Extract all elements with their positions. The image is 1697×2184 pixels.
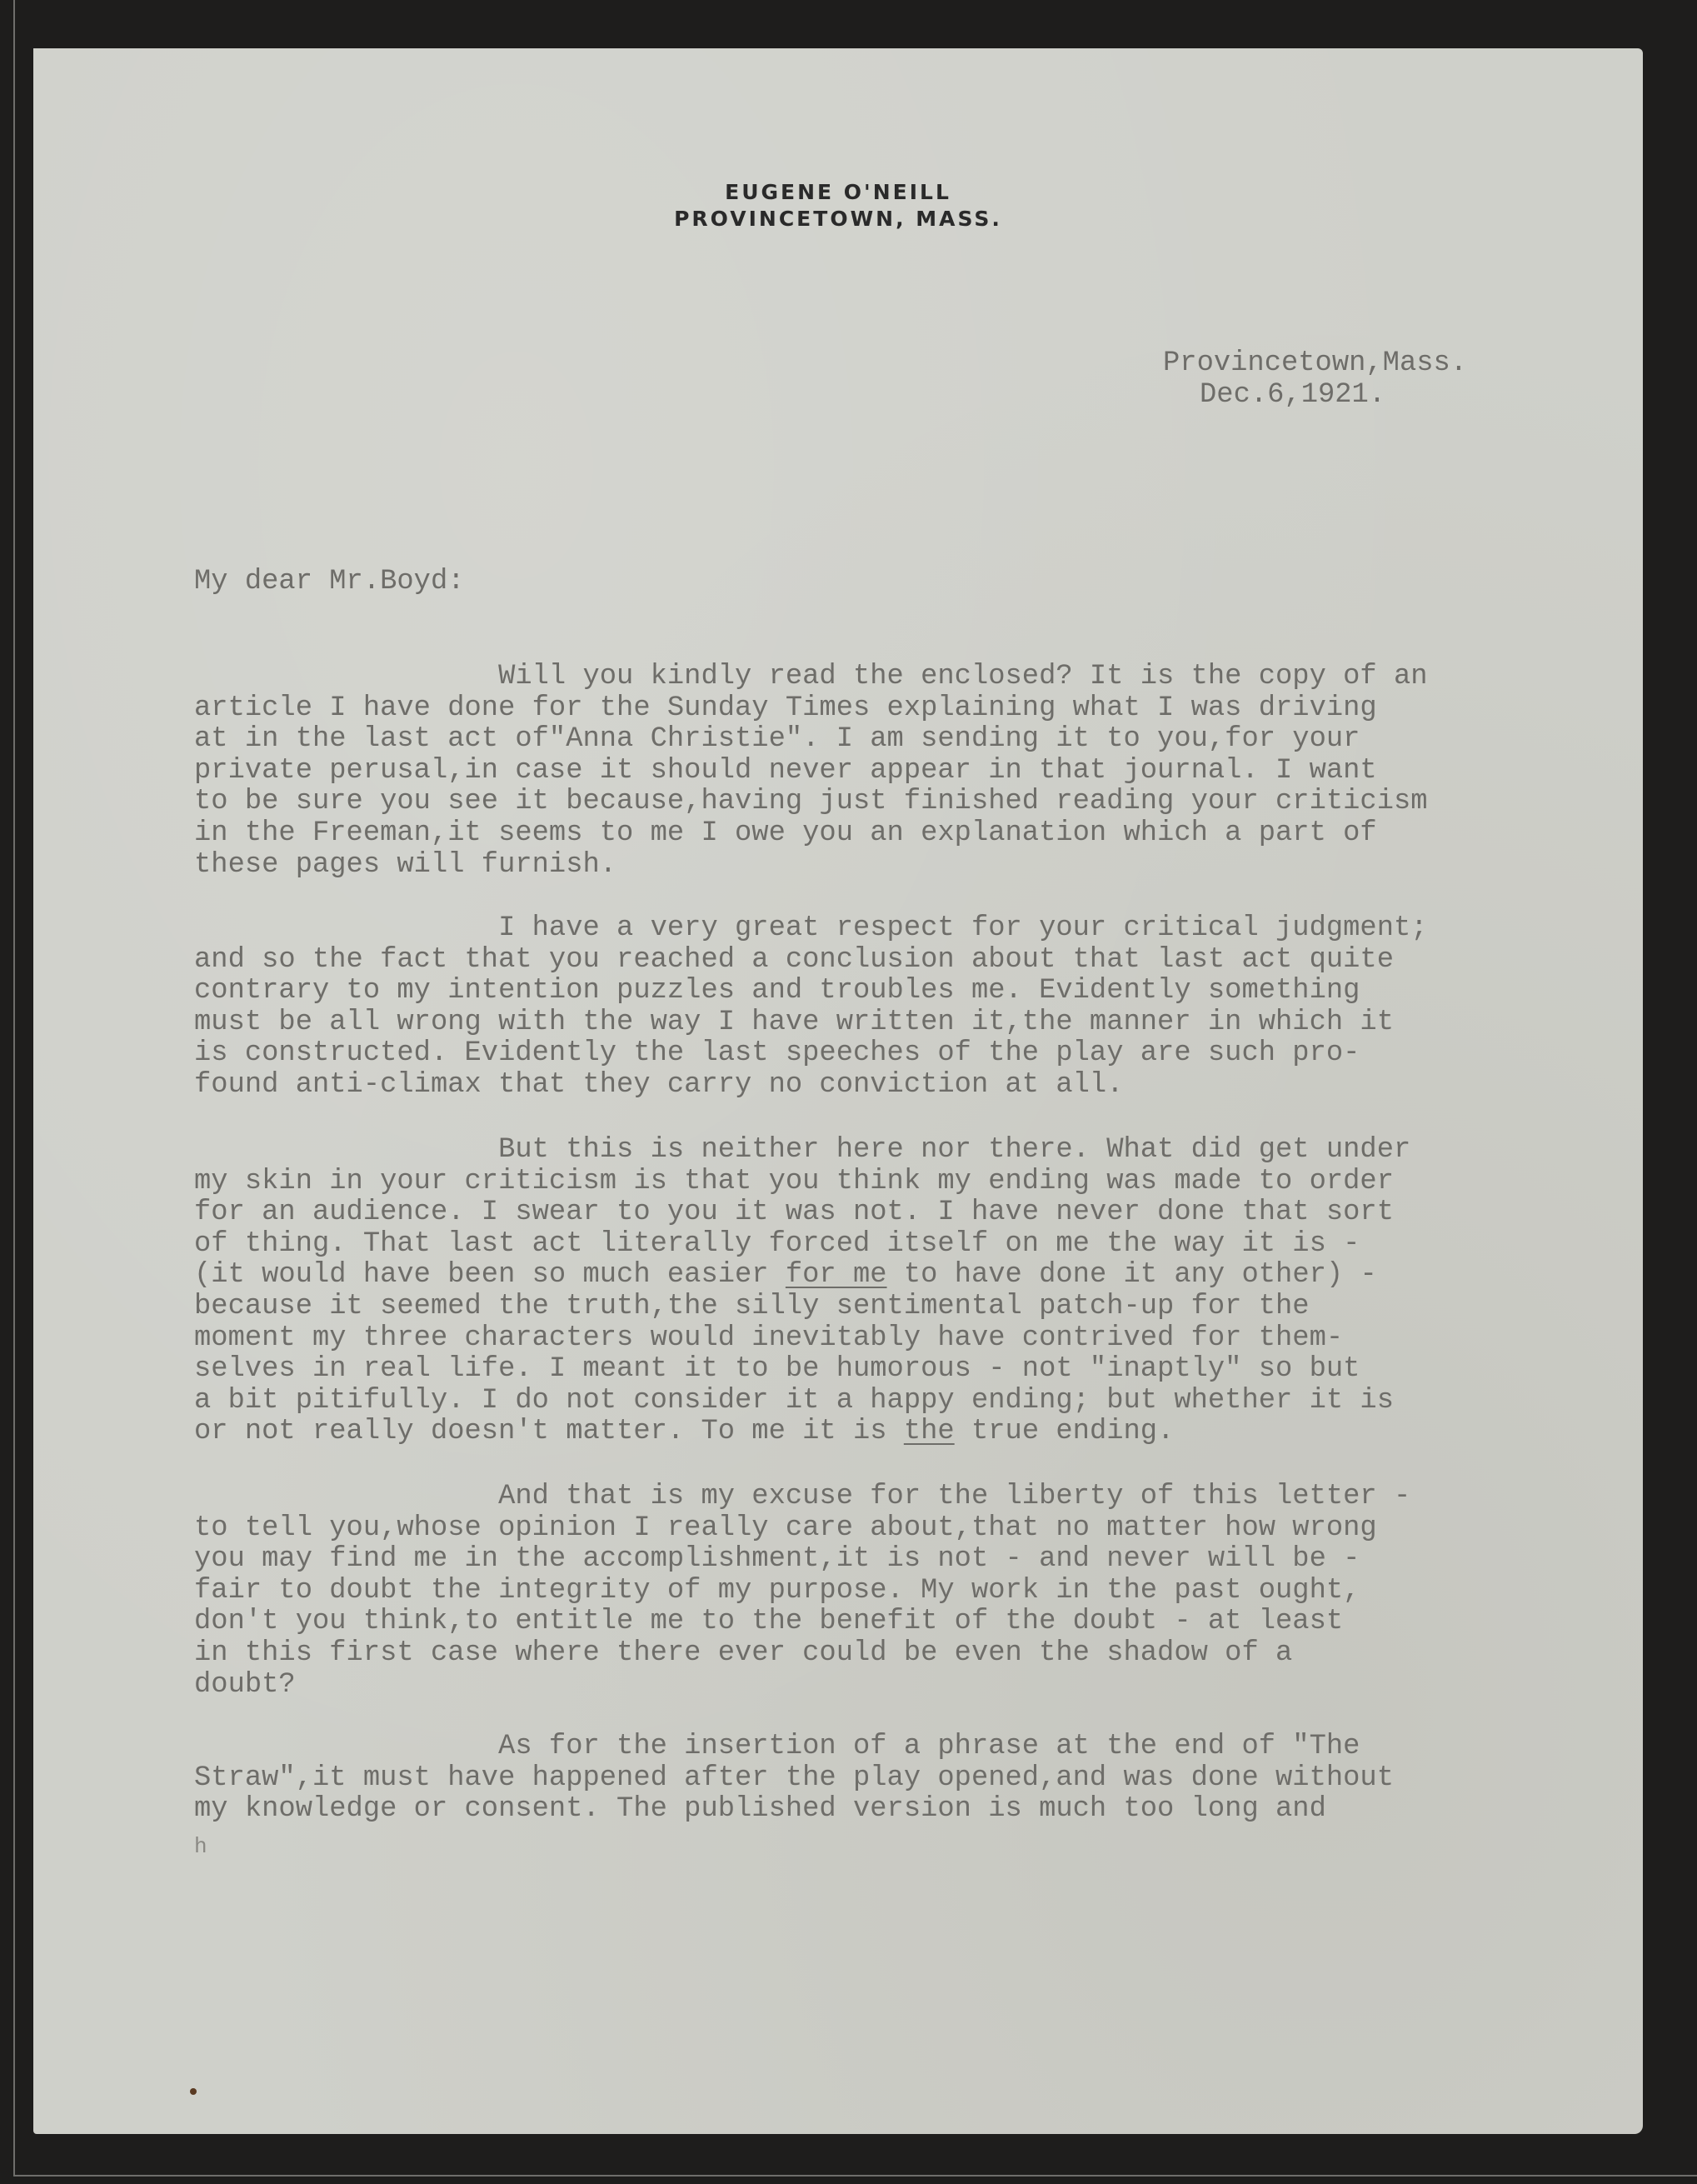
paragraph-1: Will you kindly read the enclosed? It is… [194,662,1428,881]
text-line: private perusal,in case it should never … [194,756,1428,787]
text-line: doubt? [194,1670,1410,1702]
text-line: in this first case where there ever coul… [194,1638,1410,1670]
text-line: fair to doubt the integrity of my purpos… [194,1576,1410,1607]
text-line: for an audience. I swear to you it was n… [194,1197,1410,1229]
underlined-text: the [904,1416,955,1447]
text-line: found anti-climax that they carry no con… [194,1070,1428,1102]
dateline-place: Provincetown,Mass. [1163,348,1467,380]
text-line: And that is my excuse for the liberty of… [194,1482,1410,1513]
text-line: and so the fact that you reached a concl… [194,945,1428,977]
text-line: As for the insertion of a phrase at the … [194,1732,1394,1763]
letter-page: EUGENE O'NEILL PROVINCETOWN, MASS. Provi… [33,48,1643,2134]
text-line: my knowledge or consent. The published v… [194,1794,1394,1826]
text-line: don't you think,to entitle me to the ben… [194,1607,1410,1638]
text-line: I have a very great respect for your cri… [194,913,1428,945]
paragraph-3: But this is neither here nor there. What… [194,1135,1410,1448]
stray-typed-mark: h [194,1832,207,1863]
text-line: Straw",it must have happened after the p… [194,1763,1394,1795]
text-line: or not really doesn't matter. To me it i… [194,1417,1410,1448]
text-line: But this is neither here nor there. What… [194,1135,1410,1167]
ink-spot [190,2088,197,2095]
text-line: selves in real life. I meant it to be hu… [194,1354,1410,1386]
letterhead-address: PROVINCETOWN, MASS. [33,207,1643,231]
letterhead-name: EUGENE O'NEILL [33,180,1643,204]
paragraph-5: As for the insertion of a phrase at the … [194,1732,1394,1826]
text-line: to tell you,whose opinion I really care … [194,1513,1410,1545]
paragraph-2: I have a very great respect for your cri… [194,913,1428,1102]
text-line: of thing. That last act literally forced… [194,1229,1410,1261]
text-line: article I have done for the Sunday Times… [194,693,1428,725]
underlined-text: for me [786,1259,887,1291]
text-line: you may find me in the accomplishment,it… [194,1544,1410,1576]
text-line: to be sure you see it because,having jus… [194,787,1428,818]
dateline-date: Dec.6,1921. [1200,380,1385,412]
text-line: is constructed. Evidently the last speec… [194,1038,1428,1070]
text-line: because it seemed the truth,the silly se… [194,1292,1410,1323]
text-line: these pages will furnish. [194,850,1428,882]
text-line: my skin in your criticism is that you th… [194,1167,1410,1198]
salutation: My dear Mr.Boyd: [194,567,465,598]
text-line: (it would have been so much easier for m… [194,1260,1410,1292]
text-line: must be all wrong with the way I have wr… [194,1007,1428,1039]
text-line: a bit pitifully. I do not consider it a … [194,1386,1410,1417]
text-line: Will you kindly read the enclosed? It is… [194,662,1428,693]
text-line: contrary to my intention puzzles and tro… [194,976,1428,1007]
text-line: at in the last act of"Anna Christie". I … [194,724,1428,756]
paragraph-4: And that is my excuse for the liberty of… [194,1482,1410,1701]
text-line: in the Freeman,it seems to me I owe you … [194,818,1428,850]
text-line: moment my three characters would inevita… [194,1323,1410,1355]
